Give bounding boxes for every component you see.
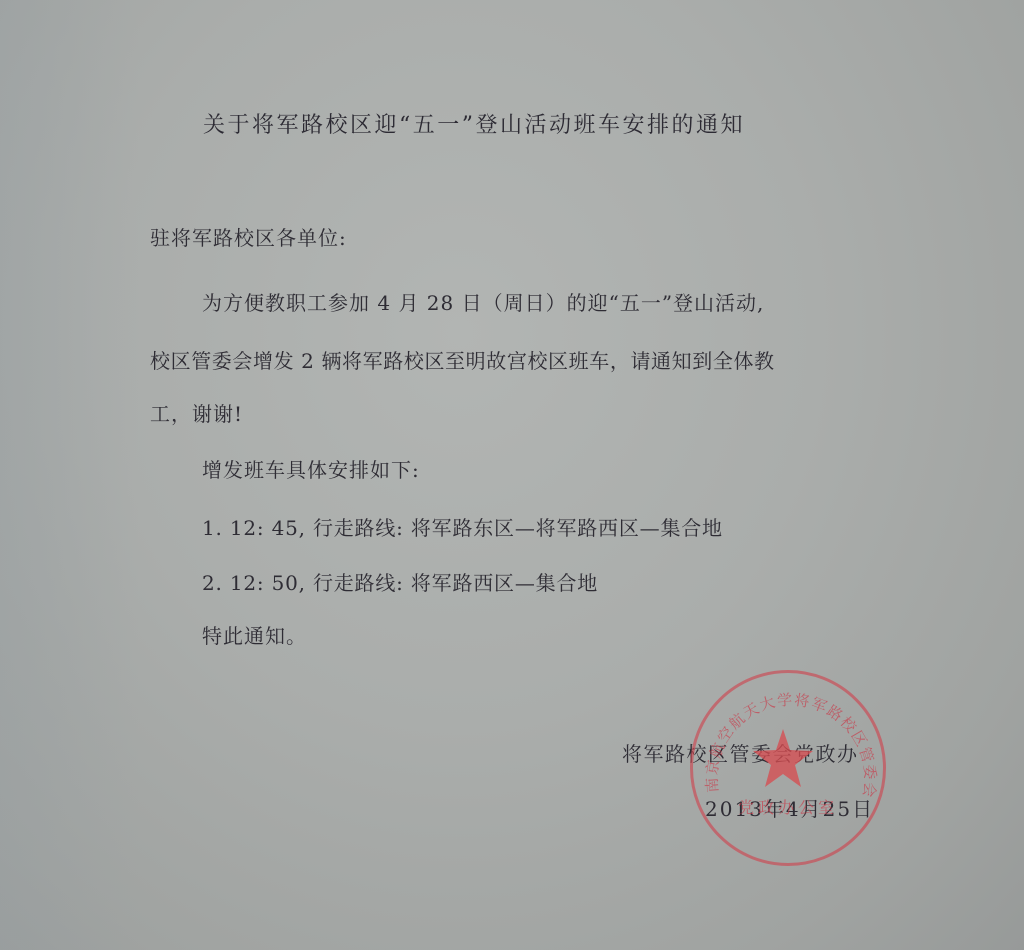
document-title: 关于将军路校区迎“五一”登山活动班车安排的通知 — [203, 108, 745, 139]
body-paragraph-line-1: 为方便教职工参加 4 月 28 日（周日）的迎“五一”登山活动, — [202, 287, 764, 316]
schedule-item-1: 1. 12: 45, 行走路线: 将军路东区—将军路西区—集合地 — [202, 512, 723, 541]
body-paragraph-line-3: 工，谢谢! — [150, 398, 243, 427]
schedule-item-2: 2. 12: 50, 行走路线: 将军路西区—集合地 — [202, 567, 598, 596]
arrangement-heading: 增发班车具体安排如下: — [202, 454, 420, 483]
official-seal: 南京航空航天大学将军路校区管委会 党政办公室 — [690, 670, 886, 866]
paper-shading — [0, 0, 140, 950]
body-paragraph-line-2: 校区管委会增发 2 辆将军路校区至明故宫校区班车，请通知到全体教 — [150, 345, 775, 374]
seal-bottom-text: 党政办公室 — [723, 795, 853, 818]
closing-remark: 特此通知。 — [202, 620, 307, 649]
salutation: 驻将军路校区各单位: — [150, 222, 347, 251]
seal-star-icon — [753, 729, 813, 787]
